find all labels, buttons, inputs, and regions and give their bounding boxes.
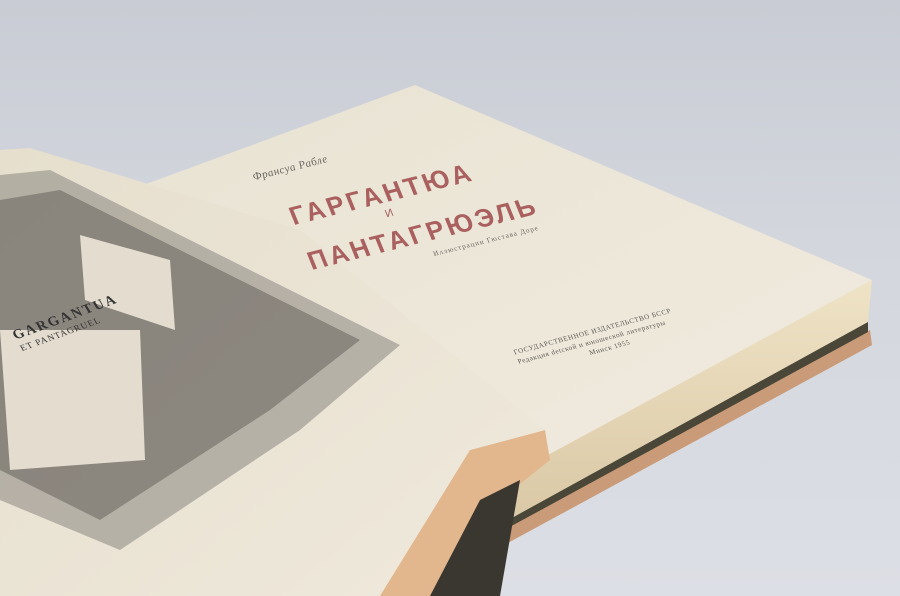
title-conjunction: И — [383, 207, 395, 220]
book-photo: Франсуа Рабле ГАРГАНТЮА И ПАНТАГРЮЭЛЬ Ил… — [0, 0, 900, 596]
